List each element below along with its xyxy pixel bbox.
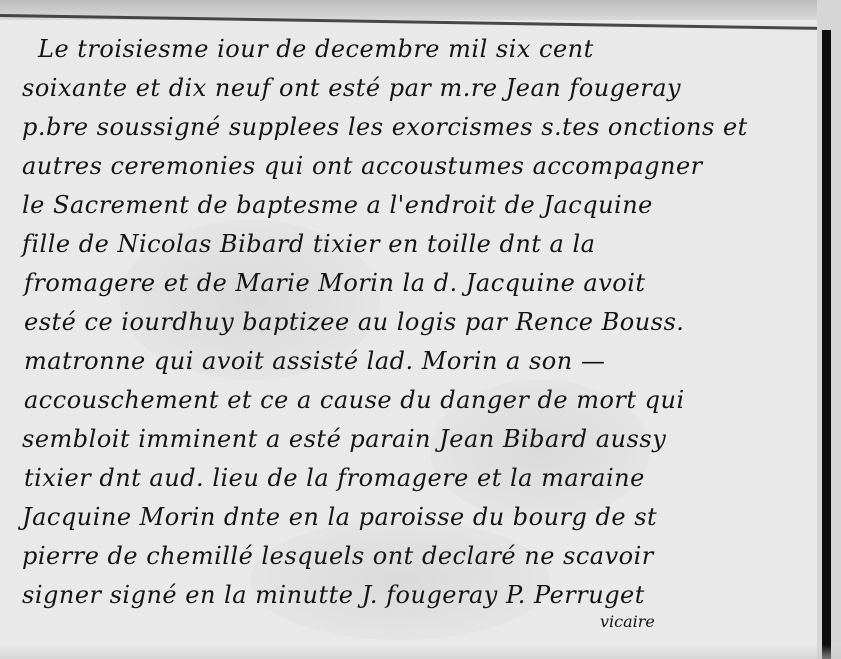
text-line: matronne qui avoit assisté lad. Morin a … bbox=[14, 342, 824, 381]
text-line: fille de Nicolas Bibard tixier en toille… bbox=[14, 225, 824, 264]
bottom-edge bbox=[0, 645, 841, 659]
text-line: fromagere et de Marie Morin la d. Jacqui… bbox=[14, 264, 824, 303]
text-line: Le troisiesme iour de decembre mil six c… bbox=[14, 30, 824, 69]
handwritten-text-block: Le troisiesme iour de decembre mil six c… bbox=[14, 30, 824, 615]
signature-title: vicaire bbox=[600, 612, 655, 631]
text-line: pierre de chemillé lesquels ont declaré … bbox=[14, 537, 824, 576]
manuscript-page: Le troisiesme iour de decembre mil six c… bbox=[0, 0, 841, 659]
text-line: soixante et dix neuf ont esté par m.re J… bbox=[14, 69, 824, 108]
text-line: sembloit imminent a esté parain Jean Bib… bbox=[14, 420, 824, 459]
text-line: autres ceremonies qui ont accoustumes ac… bbox=[14, 147, 824, 186]
text-line: esté ce iourdhuy baptizee au logis par R… bbox=[14, 303, 824, 342]
text-line: Jacquine Morin dnte en la paroisse du bo… bbox=[14, 498, 824, 537]
text-line: le Sacrement de baptesme a l'endroit de … bbox=[14, 186, 824, 225]
text-line: p.bre soussigné supplees les exorcismes … bbox=[14, 108, 824, 147]
signature-line: signer signé en la minutte J. fougeray P… bbox=[14, 576, 824, 615]
text-line: accouschement et ce a cause du danger de… bbox=[14, 381, 824, 420]
text-line: tixier dnt aud. lieu de la fromagere et … bbox=[14, 459, 824, 498]
